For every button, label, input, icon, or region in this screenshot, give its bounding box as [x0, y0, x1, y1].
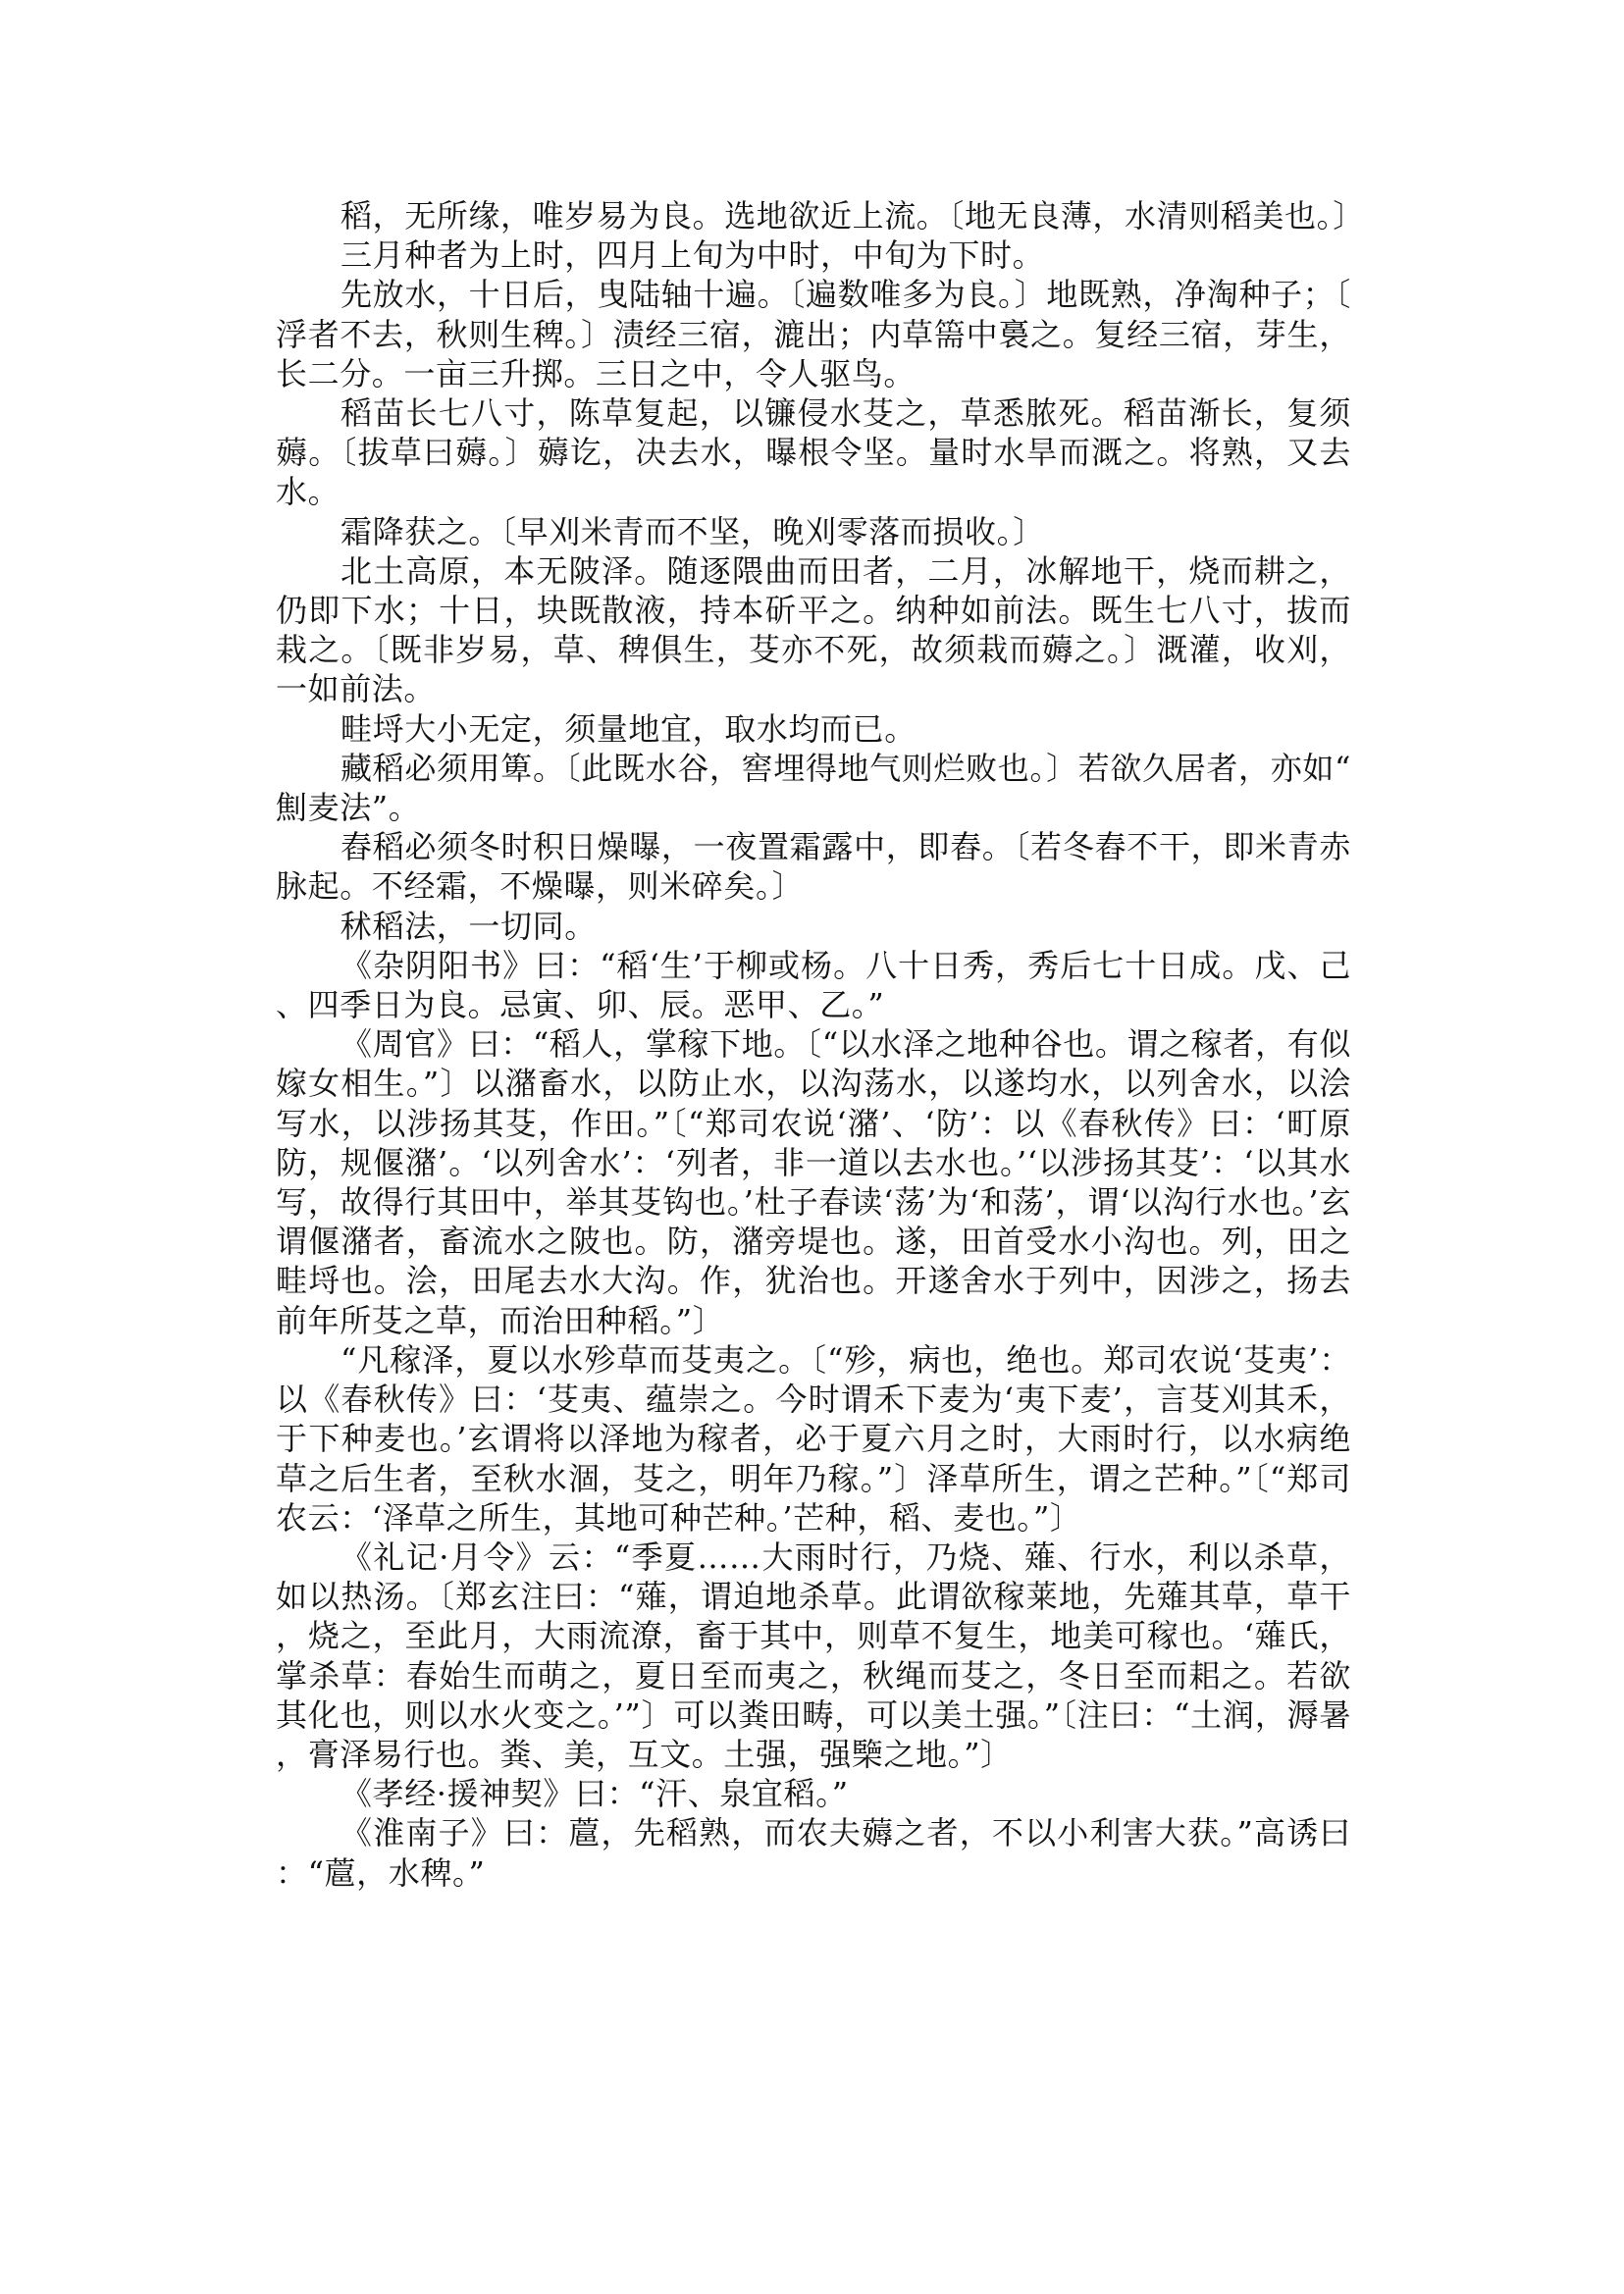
paragraph-sowing-time: 三月种者为上时，四月上旬为中时，中旬为下时。	[276, 235, 1351, 275]
paragraph-seed-preparation: 先放水，十日后，曳陆轴十遍。〔遍数唯多为良。〕地既熟，净淘种子；〔浮者不去，秋则…	[276, 275, 1351, 393]
paragraph-rice-site: 稻，无所缘，唯岁易为良。选地欲近上流。〔地无良薄，水清则稻美也。〕	[276, 196, 1351, 235]
paragraph-liji-yueling: 《礼记·月令》云：“季夏……大雨时行，乃烧、薙、行水，利以杀草，如以热汤。〔郑玄…	[276, 1538, 1351, 1774]
paragraph-marsh-farming: “凡稼泽，夏以水殄草而芟夷之。〔“殄，病也，绝也。郑司农说‘芟夷’：以《春秋传》…	[276, 1340, 1351, 1538]
paragraph-pounding: 舂稻必须冬时积日燥曝，一夜置霜露中，即舂。〔若冬舂不干，即米青赤脉起。不经霜，不…	[276, 827, 1351, 906]
paragraph-storage: 藏稻必须用箄。〔此既水谷，窖埋得地气则烂败也。〕若欲久居者，亦如“劁麦法”。	[276, 749, 1351, 827]
paragraph-huainanzi: 《淮南子》曰：蔰，先稻熟，而农夫薅之者，不以小利害大获。”高诱曰：“蔰，水稗。”	[276, 1813, 1351, 1892]
paragraph-za-yinyang-shu: 《杂阴阳书》曰：“稻‘生’于柳或杨。八十日秀，秀后七十日成。戊、己、四季日为良。…	[276, 946, 1351, 1024]
paragraph-glutinous-rice: 秫稻法，一切同。	[276, 907, 1351, 946]
paragraph-plot-size: 畦埒大小无定，须量地宜，取水均而已。	[276, 709, 1351, 749]
document-page: 稻，无所缘，唯岁易为良。选地欲近上流。〔地无良薄，水清则稻美也。〕 三月种者为上…	[276, 196, 1351, 1893]
paragraph-harvest: 霜降获之。〔早刈米青而不坚，晚刈零落而损收。〕	[276, 512, 1351, 551]
paragraph-zhou-guan: 《周官》曰：“稻人，掌稼下地。〔“以水泽之地种谷也。谓之稼者，有似嫁女相生。”〕…	[276, 1024, 1351, 1340]
paragraph-xiaojing: 《孝经·援神契》曰：“汗、泉宜稻。”	[276, 1774, 1351, 1813]
paragraph-weeding: 稻苗长七八寸，陈草复起，以镰侵水芟之，草悉脓死。稻苗渐长，复须薅。〔拔草曰薅。〕…	[276, 393, 1351, 512]
paragraph-northern-highland: 北土高原，本无陂泽。随逐隈曲而田者，二月，冰解地干，烧而耕之，仍即下水；十日，块…	[276, 551, 1351, 709]
